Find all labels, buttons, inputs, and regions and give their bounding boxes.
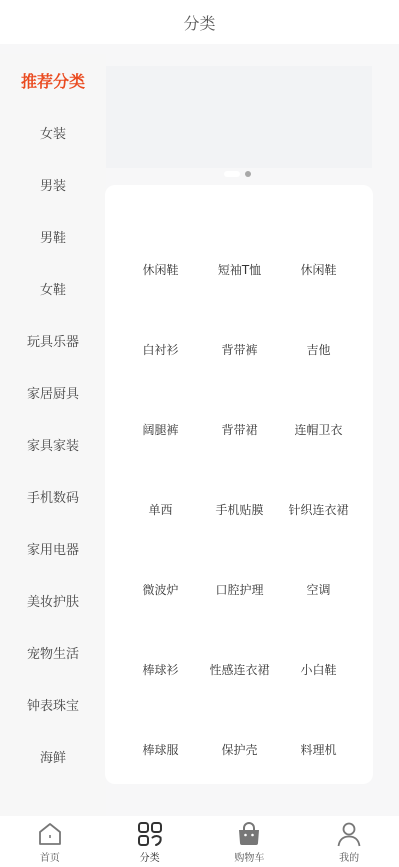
tab-home[interactable]: 首页 [0, 816, 100, 867]
subcategory-item[interactable]: 手机贴膜 [195, 501, 284, 518]
tab-label: 我的 [339, 849, 359, 864]
tab-profile[interactable]: 我的 [299, 816, 399, 867]
user-icon [336, 821, 362, 847]
subcategory-item[interactable]: 背带裙 [195, 421, 284, 438]
subcategory-panel: 休闲鞋 短袖T恤 休闲鞋 白衬衫 背带裤 吉他 阔腿裤 背带裙 连帽卫衣 单西 … [105, 185, 373, 784]
page-title: 分类 [183, 11, 215, 34]
subcategory-item[interactable]: 休闲鞋 [274, 261, 363, 278]
sidebar-item-watches-jewelry[interactable]: 钟表珠宝 [0, 678, 106, 730]
category-sidebar[interactable]: 推荐分类 女装 男装 男鞋 女鞋 玩具乐器 家居厨具 家具家装 手机数码 家用电… [0, 54, 106, 816]
bottom-tab-bar: 首页 分类 购物车 我的 [0, 816, 399, 867]
banner-carousel[interactable] [106, 66, 372, 168]
subcategory-item[interactable]: 棒球服 [116, 741, 205, 758]
subcategory-item[interactable]: 休闲鞋 [116, 261, 205, 278]
subcategory-item[interactable]: 吉他 [274, 341, 363, 358]
cart-bag-icon [236, 821, 262, 847]
subcategory-item[interactable]: 针织连衣裙 [274, 501, 363, 518]
subcategory-item[interactable]: 连帽卫衣 [274, 421, 363, 438]
sidebar-item-home-kitchen[interactable]: 家居厨具 [0, 366, 106, 418]
sidebar-item-pets[interactable]: 宠物生活 [0, 626, 106, 678]
subcategory-item[interactable]: 白衬衫 [116, 341, 205, 358]
subcategory-item[interactable]: 料理机 [274, 741, 363, 758]
tab-label: 购物车 [234, 849, 264, 864]
subcategory-item[interactable]: 阔腿裤 [116, 421, 205, 438]
category-icon [137, 821, 163, 847]
subcategory-item[interactable]: 性感连衣裙 [195, 661, 284, 678]
sidebar-item-womens-shoes[interactable]: 女鞋 [0, 262, 106, 314]
sidebar-item-appliances[interactable]: 家用电器 [0, 522, 106, 574]
sidebar-item-toys-instruments[interactable]: 玩具乐器 [0, 314, 106, 366]
carousel-dot-active[interactable] [224, 171, 240, 177]
home-icon [37, 821, 63, 847]
subcategory-item[interactable]: 背带裤 [195, 341, 284, 358]
carousel-dot[interactable] [245, 171, 251, 177]
subcategory-item[interactable]: 微波炉 [116, 581, 205, 598]
subcategory-item[interactable]: 空调 [274, 581, 363, 598]
sidebar-item-phones-digital[interactable]: 手机数码 [0, 470, 106, 522]
tab-label: 分类 [140, 849, 160, 864]
subcategory-item[interactable]: 棒球衫 [116, 661, 205, 678]
subcategory-item[interactable]: 单西 [116, 501, 205, 518]
sidebar-item-womens-clothing[interactable]: 女装 [0, 106, 106, 158]
subcategory-item[interactable]: 口腔护理 [195, 581, 284, 598]
subcategory-item[interactable]: 小白鞋 [274, 661, 363, 678]
sidebar-item-recommended[interactable]: 推荐分类 [0, 54, 106, 106]
tab-cart[interactable]: 购物车 [200, 816, 300, 867]
nav-header: 分类 [0, 0, 399, 44]
sidebar-item-mens-shoes[interactable]: 男鞋 [0, 210, 106, 262]
sidebar-item-furniture[interactable]: 家具家装 [0, 418, 106, 470]
sidebar-item-beauty[interactable]: 美妆护肤 [0, 574, 106, 626]
sidebar-item-mens-clothing[interactable]: 男装 [0, 158, 106, 210]
tab-label: 首页 [40, 849, 60, 864]
subcategory-item[interactable]: 保护壳 [195, 741, 284, 758]
tab-category[interactable]: 分类 [100, 816, 200, 867]
carousel-indicator [224, 171, 251, 177]
sidebar-item-seafood[interactable]: 海鲜 [0, 730, 106, 782]
subcategory-item[interactable]: 短袖T恤 [195, 261, 284, 278]
